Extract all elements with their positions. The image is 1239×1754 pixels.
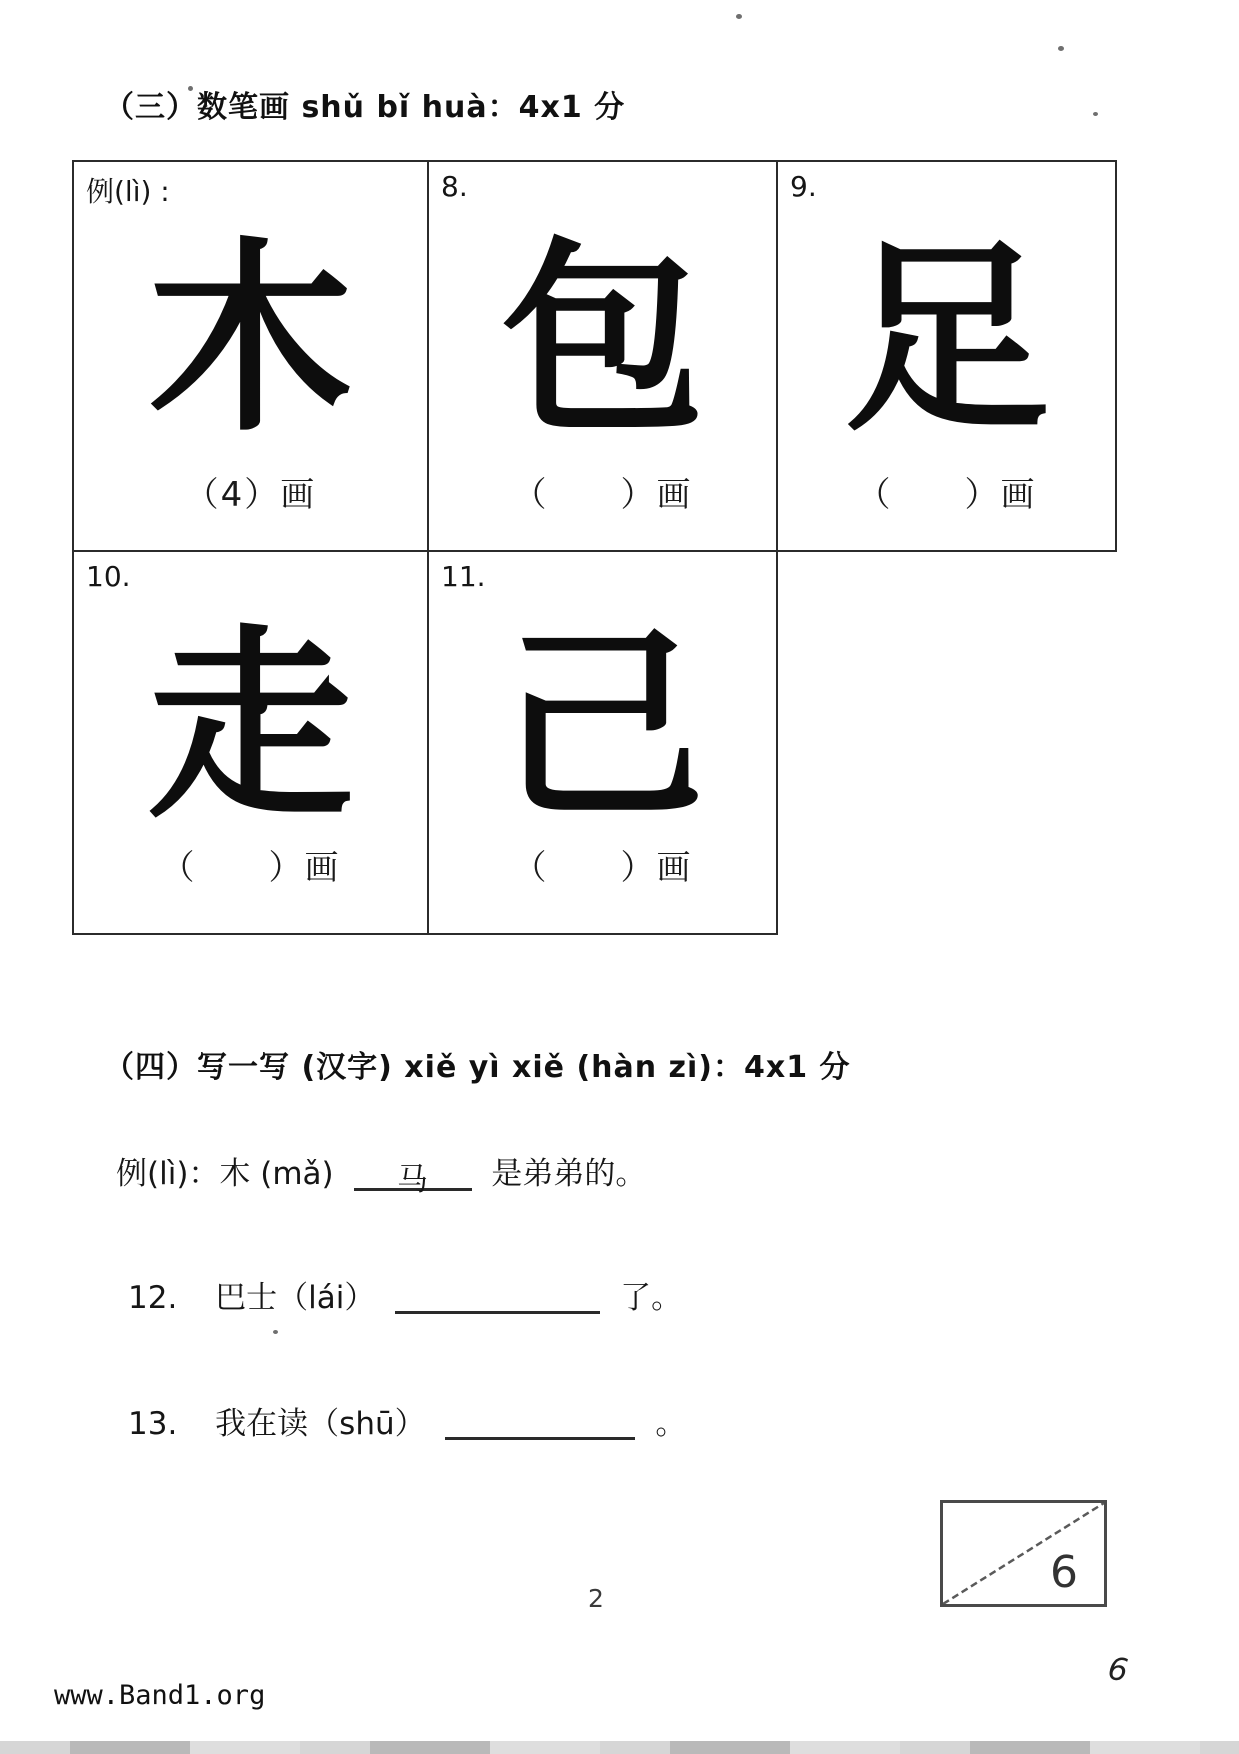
cell-label: 9. <box>790 170 817 203</box>
question-suffix: 。 <box>655 1406 686 1442</box>
question-suffix: 了。 <box>620 1280 682 1316</box>
scan-edge-artifact <box>0 1741 1239 1754</box>
character-glyph: 足 <box>778 238 1115 443</box>
scan-speck <box>736 14 742 19</box>
character-glyph: 木 <box>74 238 427 443</box>
stroke-table-cell-q11: 11. 己 （ ）画 <box>427 550 778 935</box>
worksheet-page: （三）数笔画 shǔ bǐ huà：4x1 分 例(lì) : 木 （4）画 8… <box>0 0 1239 1754</box>
character-glyph: 走 <box>74 625 427 830</box>
section3-title: （三）数笔画 shǔ bǐ huà：4x1 分 <box>104 82 625 126</box>
answer-blank <box>395 1277 600 1314</box>
character-glyph: 己 <box>429 625 776 830</box>
example-prefix: 例(lì)：木 (mǎ) <box>116 1156 334 1192</box>
example-answer: 马 <box>397 1162 428 1198</box>
example-sentence: 例(lì)：木 (mǎ) 马 是弟弟的。 <box>116 1148 646 1193</box>
stroke-count-blank: （ ）画 <box>778 467 1115 516</box>
stroke-table-cell-q10: 10. 走 （ ）画 <box>72 550 429 935</box>
example-answer-blank: 马 <box>354 1154 472 1191</box>
website-footer: www.Band1.org <box>54 1680 265 1711</box>
cell-label: 例(lì) : <box>86 170 170 210</box>
stroke-count-blank: （ ）画 <box>74 840 427 889</box>
section4-title: （四）写一写 (汉字) xiě yì xiě (hàn zì)：4x1 分 <box>104 1042 851 1086</box>
stroke-table-cell-q8: 8. 包 （ ）画 <box>427 160 778 552</box>
handwritten-score: 6 <box>1106 1651 1131 1689</box>
stroke-table-cell-q9: 9. 足 （ ）画 <box>776 160 1117 552</box>
cell-label: 8. <box>441 170 468 203</box>
cell-label: 11. <box>441 560 486 593</box>
stroke-count-answer: （4）画 <box>74 467 427 516</box>
scan-speck <box>273 1330 278 1334</box>
stroke-table-cell-example: 例(lì) : 木 （4）画 <box>72 160 429 552</box>
character-glyph: 包 <box>429 238 776 443</box>
answer-blank <box>445 1403 635 1440</box>
question-number: 13. <box>128 1406 177 1442</box>
scan-speck <box>1093 112 1098 116</box>
question-prefix: 我在读（shū） <box>215 1406 425 1442</box>
stroke-count-blank: （ ）画 <box>429 840 776 889</box>
stroke-count-blank: （ ）画 <box>429 467 776 516</box>
question-12: 12. 巴士（lái） 了。 <box>128 1272 682 1317</box>
example-suffix: 是弟弟的。 <box>491 1156 646 1192</box>
score-box-diagonal <box>943 1503 1104 1604</box>
scan-speck <box>1058 46 1064 51</box>
scan-speck <box>188 86 193 91</box>
score-value: 6 <box>1050 1547 1078 1598</box>
question-13: 13. 我在读（shū） 。 <box>128 1398 686 1443</box>
score-box: 6 <box>940 1500 1107 1607</box>
question-prefix: 巴士（lái） <box>215 1280 375 1316</box>
cell-label: 10. <box>86 560 131 593</box>
question-number: 12. <box>128 1280 177 1316</box>
page-number: 2 <box>588 1584 604 1613</box>
